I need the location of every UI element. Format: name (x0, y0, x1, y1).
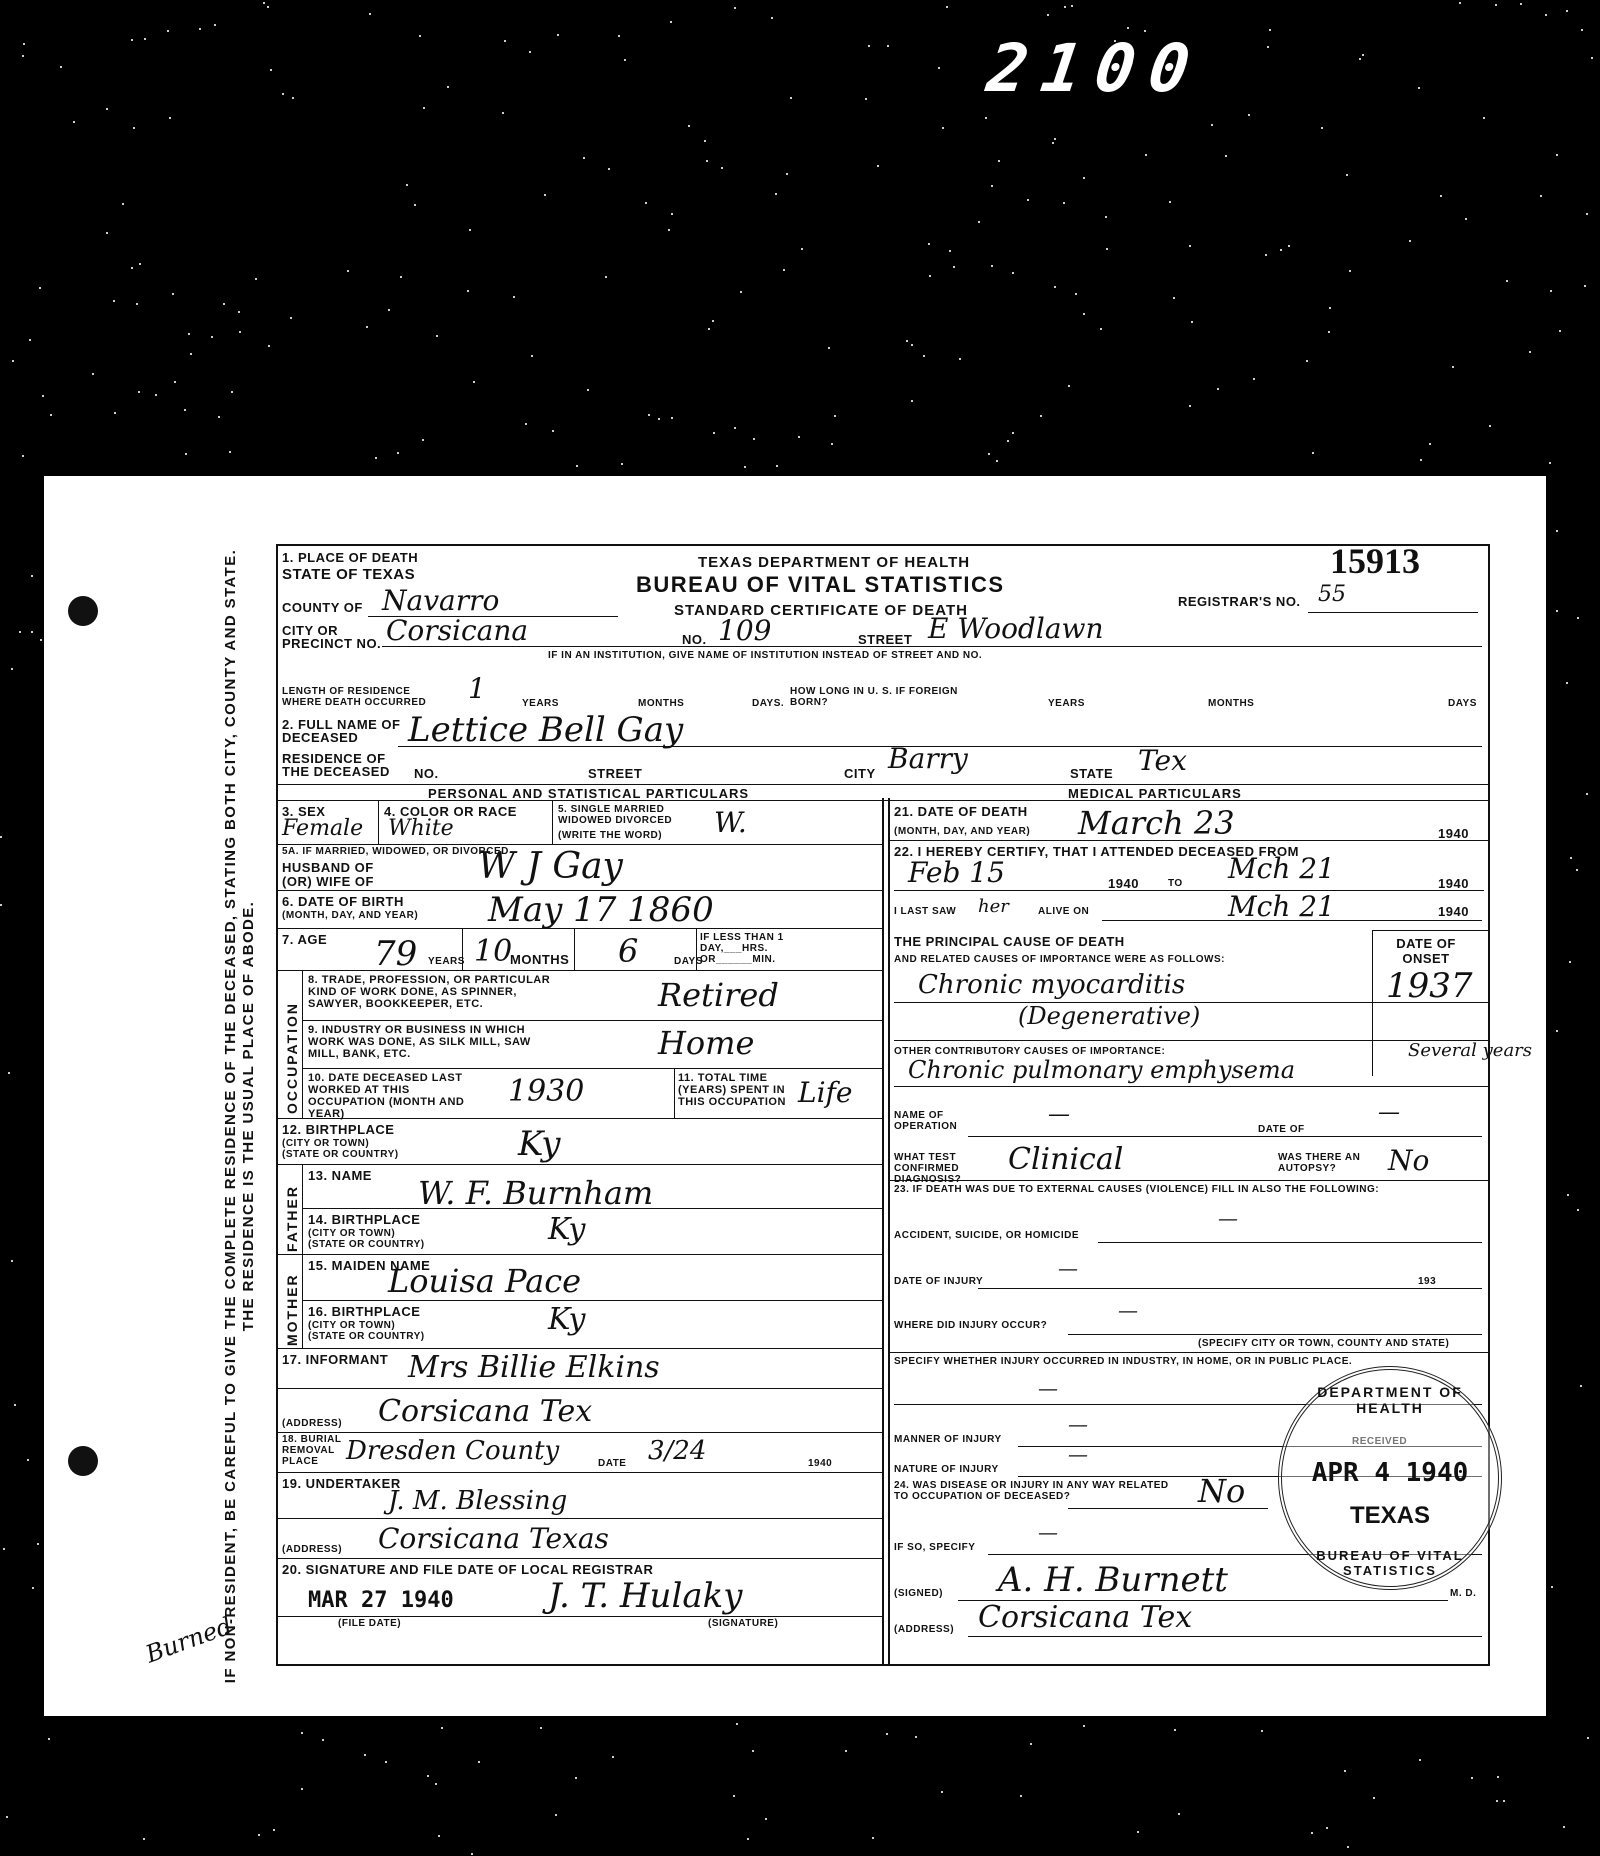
film-noise (906, 340, 908, 342)
accident-label: ACCIDENT, SUICIDE, OR HOMICIDE (894, 1230, 1079, 1241)
film-noise (1577, 617, 1579, 619)
film-noise (1563, 1826, 1565, 1828)
film-noise (790, 97, 792, 99)
age-months-label: MONTHS (510, 952, 569, 967)
film-noise (1027, 199, 1029, 201)
burial-place: Dresden County (346, 1436, 559, 1466)
film-noise (133, 127, 135, 129)
burial-label: 18. BURIAL REMOVAL PLACE (282, 1434, 342, 1467)
film-noise (270, 69, 272, 71)
cause-label: THE PRINCIPAL CAUSE OF DEATH (894, 934, 1125, 949)
total-time-label: 11. TOTAL TIME (YEARS) SPENT IN THIS OCC… (678, 1072, 798, 1108)
film-noise (887, 45, 889, 47)
external-causes-label: 23. IF DEATH WAS DUE TO EXTERNAL CAUSES … (894, 1184, 1474, 1195)
residence-street-label: STREET (588, 766, 642, 781)
film-noise (886, 1733, 888, 1735)
nature-label: NATURE OF INJURY (894, 1464, 999, 1475)
attend-to-label: TO (1168, 878, 1183, 889)
film-noise (290, 317, 292, 319)
age-less-label: IF LESS THAN 1 DAY,___HRS. OR______MIN. (700, 932, 790, 965)
film-noise (0, 904, 2, 906)
film-noise (144, 38, 146, 40)
film-noise (32, 1587, 34, 1589)
sex-value: Female (282, 816, 363, 841)
film-noise (1577, 1209, 1579, 1211)
film-noise (385, 1761, 387, 1763)
film-noise (752, 1750, 754, 1752)
film-noise (211, 336, 213, 338)
film-noise (1012, 432, 1014, 434)
film-noise (400, 276, 402, 278)
medical-section-title: MEDICAL PARTICULARS (1068, 786, 1242, 801)
film-noise (587, 389, 589, 391)
film-noise (138, 391, 140, 393)
film-noise (375, 457, 377, 459)
film-noise (929, 275, 931, 277)
film-noise (114, 412, 116, 414)
film-noise (1540, 195, 1542, 197)
film-noise (645, 202, 647, 204)
film-noise (868, 45, 870, 47)
film-noise (1052, 142, 1054, 144)
film-noise (31, 631, 33, 633)
film-noise (540, 1727, 542, 1729)
film-noise (19, 631, 21, 633)
dob-sub: (MONTH, DAY, AND YEAR) (282, 910, 418, 921)
film-noise (1173, 297, 1175, 299)
physician-address-label: (ADDRESS) (894, 1624, 954, 1635)
registrar-file-date: MAR 27 1940 (308, 1588, 454, 1613)
seal-top-text: DEPARTMENT OF HEALTH (1292, 1384, 1488, 1416)
father-birthplace-sub: (CITY OR TOWN) (STATE OR COUNTRY) (308, 1228, 428, 1250)
film-noise (282, 93, 284, 95)
film-noise (583, 157, 585, 159)
birthplace-sub: (CITY OR TOWN) (STATE OR COUNTRY) (282, 1138, 402, 1160)
last-saw-label: I LAST SAW (894, 906, 956, 917)
film-noise (1040, 415, 1042, 417)
film-noise (985, 117, 987, 119)
film-noise (1580, 1385, 1582, 1387)
residence-length-label: LENGTH OF RESIDENCE WHERE DEATH OCCURRED (282, 686, 442, 708)
film-noise (608, 168, 610, 170)
film-noise (949, 250, 951, 252)
state-label: STATE OF TEXAS (282, 566, 415, 583)
alive-on-year: 1940 (1438, 904, 1469, 919)
age-months: 10 (474, 934, 512, 969)
film-noise (1253, 378, 1255, 380)
film-noise (239, 331, 241, 333)
film-noise (1071, 5, 1073, 7)
film-noise (273, 1829, 275, 1831)
cause-line-2: (Degenerative) (1018, 1002, 1200, 1030)
father-birthplace-label: 14. BIRTHPLACE (308, 1212, 420, 1227)
autopsy-label: WAS THERE AN AUTOPSY? (1278, 1152, 1368, 1174)
alive-on: Mch 21 (1228, 890, 1335, 923)
film-noise (169, 117, 171, 119)
dob-value: May 17 1860 (488, 890, 714, 930)
film-noise (708, 328, 710, 330)
seal-date: APR 4 1940 (1302, 1458, 1478, 1488)
seal-bottom-text: BUREAU OF VITAL STATISTICS (1292, 1548, 1488, 1578)
film-noise (1496, 1800, 1498, 1802)
dod-value: March 23 (1078, 804, 1235, 842)
film-noise (1465, 218, 1467, 220)
film-noise (828, 347, 830, 349)
film-noise (1567, 1194, 1569, 1196)
cause-line-1: Chronic myocarditis (918, 970, 1185, 1000)
film-noise (268, 345, 270, 347)
us-days-label: DAYS (1448, 698, 1477, 709)
age-years-label: YEARS (428, 956, 465, 967)
film-noise (27, 1459, 29, 1461)
film-noise (255, 278, 257, 280)
film-noise (557, 34, 559, 36)
film-noise (301, 1732, 303, 1734)
mother-side-label: MOTHER (284, 1273, 300, 1346)
film-noise (959, 358, 961, 360)
if-so-value: — (1038, 1520, 1058, 1544)
days-label: DAYS. (752, 698, 784, 709)
film-noise (801, 248, 803, 250)
bureau-title: BUREAU OF VITAL STATISTICS (636, 572, 1005, 598)
film-noise (423, 107, 425, 109)
undertaker-address: Corsicana Texas (378, 1522, 609, 1555)
injury-place-sub: (SPECIFY CITY OR TOWN, COUNTY AND STATE) (1198, 1338, 1449, 1349)
film-noise (712, 320, 714, 322)
film-noise (92, 373, 94, 375)
seal-received: RECEIVED (1352, 1436, 1407, 1447)
last-worked-value: 1930 (508, 1074, 584, 1109)
film-noise (1075, 293, 1077, 295)
residence-years: 1 (468, 672, 486, 705)
film-noise (938, 67, 940, 69)
film-noise (1551, 1586, 1553, 1588)
film-noise (1068, 385, 1070, 387)
age-days: 6 (618, 932, 638, 970)
film-noise (478, 1761, 480, 1763)
film-noise (831, 443, 833, 445)
marital-value: W. (714, 806, 747, 839)
film-noise (911, 400, 913, 402)
film-noise (1083, 1725, 1085, 1727)
film-noise (713, 432, 715, 434)
film-noise (1581, 29, 1583, 31)
residence-no-label: NO. (414, 766, 439, 781)
spouse-value: W J Gay (478, 846, 623, 887)
mother-birthplace-label: 16. BIRTHPLACE (308, 1304, 420, 1319)
film-noise (734, 7, 736, 9)
film-noise (388, 309, 390, 311)
father-side-label: FATHER (284, 1185, 300, 1252)
film-noise (776, 465, 778, 467)
autopsy-value: No (1388, 1144, 1429, 1177)
film-noise (238, 311, 240, 313)
film-noise (865, 98, 867, 100)
film-noise (1418, 87, 1420, 89)
attend-from-year: 1940 (1108, 876, 1139, 891)
film-noise (1217, 388, 1219, 390)
film-noise (1054, 286, 1056, 288)
film-noise (1471, 1777, 1473, 1779)
film-noise (1576, 869, 1578, 871)
injury-place: — (1118, 1298, 1138, 1322)
film-noise (1591, 57, 1593, 59)
film-noise (1346, 174, 1348, 176)
film-noise (978, 221, 980, 223)
film-noise (223, 303, 225, 305)
death-certificate: IF NON-RESIDENT, BE CAREFUL TO GIVE THE … (44, 476, 1546, 1716)
film-noise (419, 35, 421, 37)
operation-label: NAME OF OPERATION (894, 1110, 974, 1132)
injury-date-label: DATE OF INJURY (894, 1276, 983, 1287)
film-noise (740, 291, 742, 293)
mother-maiden-name: Louisa Pace (388, 1262, 581, 1300)
occupational-label: 24. WAS DISEASE OR INJURY IN ANY WAY REL… (894, 1480, 1174, 1502)
registrars-no-label: REGISTRAR'S NO. (1178, 594, 1301, 609)
film-noise (1545, 14, 1547, 16)
film-noise (941, 1791, 943, 1793)
film-noise (525, 423, 527, 425)
film-noise (658, 418, 660, 420)
years-label: YEARS (522, 698, 559, 709)
wife-of-label: (OR) WIFE OF (282, 874, 374, 889)
film-noise (1570, 857, 1572, 859)
attend-to-year: 1940 (1438, 876, 1469, 891)
film-noise (60, 66, 62, 68)
film-noise (1127, 27, 1129, 29)
age-label: 7. AGE (282, 932, 327, 947)
manner-label: MANNER OF INJURY (894, 1434, 1002, 1445)
birthplace-label: 12. BIRTHPLACE (282, 1122, 394, 1137)
film-noise (575, 1777, 577, 1779)
column-divider (882, 798, 890, 1664)
film-noise (670, 21, 672, 23)
film-noise (188, 333, 190, 335)
film-noise (1306, 360, 1308, 362)
film-noise (136, 303, 138, 305)
film-noise (1503, 1800, 1505, 1802)
md-label: M. D. (1450, 1588, 1476, 1599)
film-noise (1064, 6, 1066, 8)
film-noise (438, 1835, 440, 1837)
film-noise (668, 229, 670, 231)
film-noise (258, 1834, 260, 1836)
film-noise (263, 2, 265, 4)
injury-type: — (1038, 1376, 1058, 1400)
film-noise (928, 243, 930, 245)
film-noise (576, 465, 578, 467)
film-noise (733, 1795, 735, 1797)
film-noise (1328, 331, 1330, 333)
film-noise (998, 160, 1000, 162)
film-noise (436, 335, 438, 337)
film-noise (734, 427, 736, 429)
city-label: CITY OR PRECINCT NO. (282, 624, 382, 650)
burial-year: 1940 (808, 1458, 832, 1469)
injury-type-label: SPECIFY WHETHER INJURY OCCURRED IN INDUS… (894, 1356, 1354, 1367)
film-noise (190, 353, 192, 355)
film-noise (347, 270, 349, 272)
onset-label: DATE OF ONSET (1386, 936, 1466, 966)
operation-date-label: DATE OF (1258, 1124, 1305, 1135)
registrar-signature: J. T. Hulaky (548, 1576, 742, 1616)
father-name-label: 13. NAME (308, 1168, 372, 1183)
film-noise (1549, 462, 1551, 464)
film-noise (834, 415, 836, 417)
film-noise (1362, 54, 1364, 56)
signature-label: (SIGNATURE) (708, 1618, 778, 1629)
film-noise (783, 269, 785, 271)
film-noise (167, 30, 169, 32)
physician-address: Corsicana Tex (978, 1600, 1192, 1635)
film-noise (775, 193, 777, 195)
film-noise (1459, 2, 1461, 4)
age-days-label: DAYS (674, 956, 703, 967)
film-noise (845, 1750, 847, 1752)
film-noise (231, 391, 233, 393)
film-noise (1265, 254, 1267, 256)
film-noise (671, 213, 673, 215)
film-noise (605, 276, 607, 278)
film-noise (1261, 1730, 1263, 1732)
film-noise (991, 185, 993, 187)
street-label: STREET (858, 632, 912, 647)
film-noise (1349, 270, 1351, 272)
film-noise (1267, 46, 1269, 48)
film-noise (1586, 213, 1588, 215)
film-noise (529, 51, 531, 53)
film-noise (37, 1543, 39, 1545)
film-noise (513, 296, 515, 298)
certificate-number: 15913 (1330, 540, 1420, 582)
registrars-no: 55 (1318, 582, 1346, 607)
film-noise (1440, 195, 1442, 197)
film-noise (1012, 272, 1014, 274)
film-noise (174, 381, 176, 383)
test-value: Clinical (1008, 1142, 1123, 1177)
us-residence-label: HOW LONG IN U. S. IF FOREIGN BORN? (790, 686, 960, 708)
film-noise (552, 430, 554, 432)
film-noise (1020, 1795, 1022, 1797)
film-noise (292, 97, 294, 99)
film-noise (301, 1788, 303, 1790)
film-noise (531, 355, 533, 357)
film-noise (1174, 1729, 1176, 1731)
informant-name: Mrs Billie Elkins (408, 1350, 660, 1385)
film-noise (1145, 154, 1147, 156)
signed-label: (SIGNED) (894, 1588, 943, 1599)
film-noise (12, 360, 14, 362)
industry-label: 9. INDUSTRY OR BUSINESS IN WHICH WORK WA… (308, 1024, 558, 1060)
personal-section-title: PERSONAL AND STATISTICAL PARTICULARS (428, 786, 749, 801)
birthplace-value: Ky (518, 1124, 560, 1164)
spouse-label: 5A. IF MARRIED, WIDOWED, OR DIVORCED (282, 846, 509, 857)
film-noise (31, 575, 33, 577)
film-noise (131, 39, 133, 41)
film-noise (1429, 443, 1431, 445)
film-noise (621, 463, 623, 465)
file-date-label: (FILE DATE) (338, 1618, 401, 1629)
film-noise (139, 263, 141, 265)
film-noise (953, 266, 955, 268)
film-noise (1529, 351, 1531, 353)
film-noise (504, 40, 506, 42)
county-value: Navarro (382, 584, 499, 617)
film-noise (1452, 366, 1454, 368)
residence-state-label: STATE (1070, 766, 1113, 781)
accident-value: — (1218, 1206, 1238, 1230)
film-noise (122, 203, 124, 205)
film-noise (229, 451, 231, 453)
film-noise (872, 1837, 874, 1839)
film-noise (366, 326, 368, 328)
film-noise (1083, 177, 1085, 179)
film-noise (184, 409, 186, 411)
physician-signature: A. H. Burnett (998, 1560, 1228, 1600)
nature-value: — (1068, 1442, 1088, 1466)
film-noise (744, 466, 746, 468)
mother-birthplace: Ky (548, 1302, 585, 1337)
race-value: White (388, 816, 454, 841)
seal-state: TEXAS (1302, 1502, 1478, 1530)
film-noise (942, 127, 944, 129)
injury-date: — (1058, 1256, 1078, 1280)
film-noise (1114, 40, 1116, 42)
film-noise (1506, 280, 1508, 282)
department-title: TEXAS DEPARTMENT OF HEALTH (698, 554, 970, 571)
film-noise (22, 455, 24, 457)
institution-note: IF IN AN INSTITUTION, GIVE NAME OF INSTI… (548, 650, 982, 661)
film-noise (1178, 1813, 1180, 1815)
residence-city-label: CITY (844, 766, 876, 781)
mother-birthplace-sub: (CITY OR TOWN) (STATE OR COUNTRY) (308, 1320, 428, 1342)
film-noise (267, 6, 269, 8)
film-noise (1063, 202, 1065, 204)
film-noise (1326, 1827, 1328, 1829)
operation-value: — (1048, 1102, 1070, 1127)
film-noise (11, 668, 13, 670)
film-noise (1225, 155, 1227, 157)
dod-sub: (MONTH, DAY, AND YEAR) (894, 826, 1030, 837)
film-noise (369, 13, 371, 15)
film-noise (427, 1775, 429, 1777)
film-noise (42, 395, 44, 397)
city-value: Corsicana (386, 614, 528, 647)
film-noise (218, 416, 220, 418)
film-noise (1584, 285, 1586, 287)
film-noise (911, 344, 913, 346)
film-noise (406, 184, 408, 186)
film-noise (1312, 452, 1314, 454)
film-noise (1189, 245, 1191, 247)
film-noise (1288, 245, 1290, 247)
residence-label: RESIDENCE OF THE DECEASED (282, 752, 402, 778)
burial-date: 3/24 (648, 1436, 706, 1466)
film-noise (923, 355, 925, 357)
husband-of-label: HUSBAND OF (282, 860, 374, 875)
film-noise (1280, 249, 1282, 251)
county-label: COUNTY OF (282, 600, 363, 615)
film-noise (555, 1814, 557, 1816)
film-noise (473, 381, 475, 383)
film-noise (1497, 1776, 1499, 1778)
film-noise (199, 28, 201, 30)
contributory-value: Chronic pulmonary emphysema (908, 1056, 1295, 1084)
film-noise (471, 1853, 473, 1855)
informant-address-label: (ADDRESS) (282, 1418, 342, 1429)
film-noise (1144, 30, 1146, 32)
film-noise (106, 108, 108, 110)
